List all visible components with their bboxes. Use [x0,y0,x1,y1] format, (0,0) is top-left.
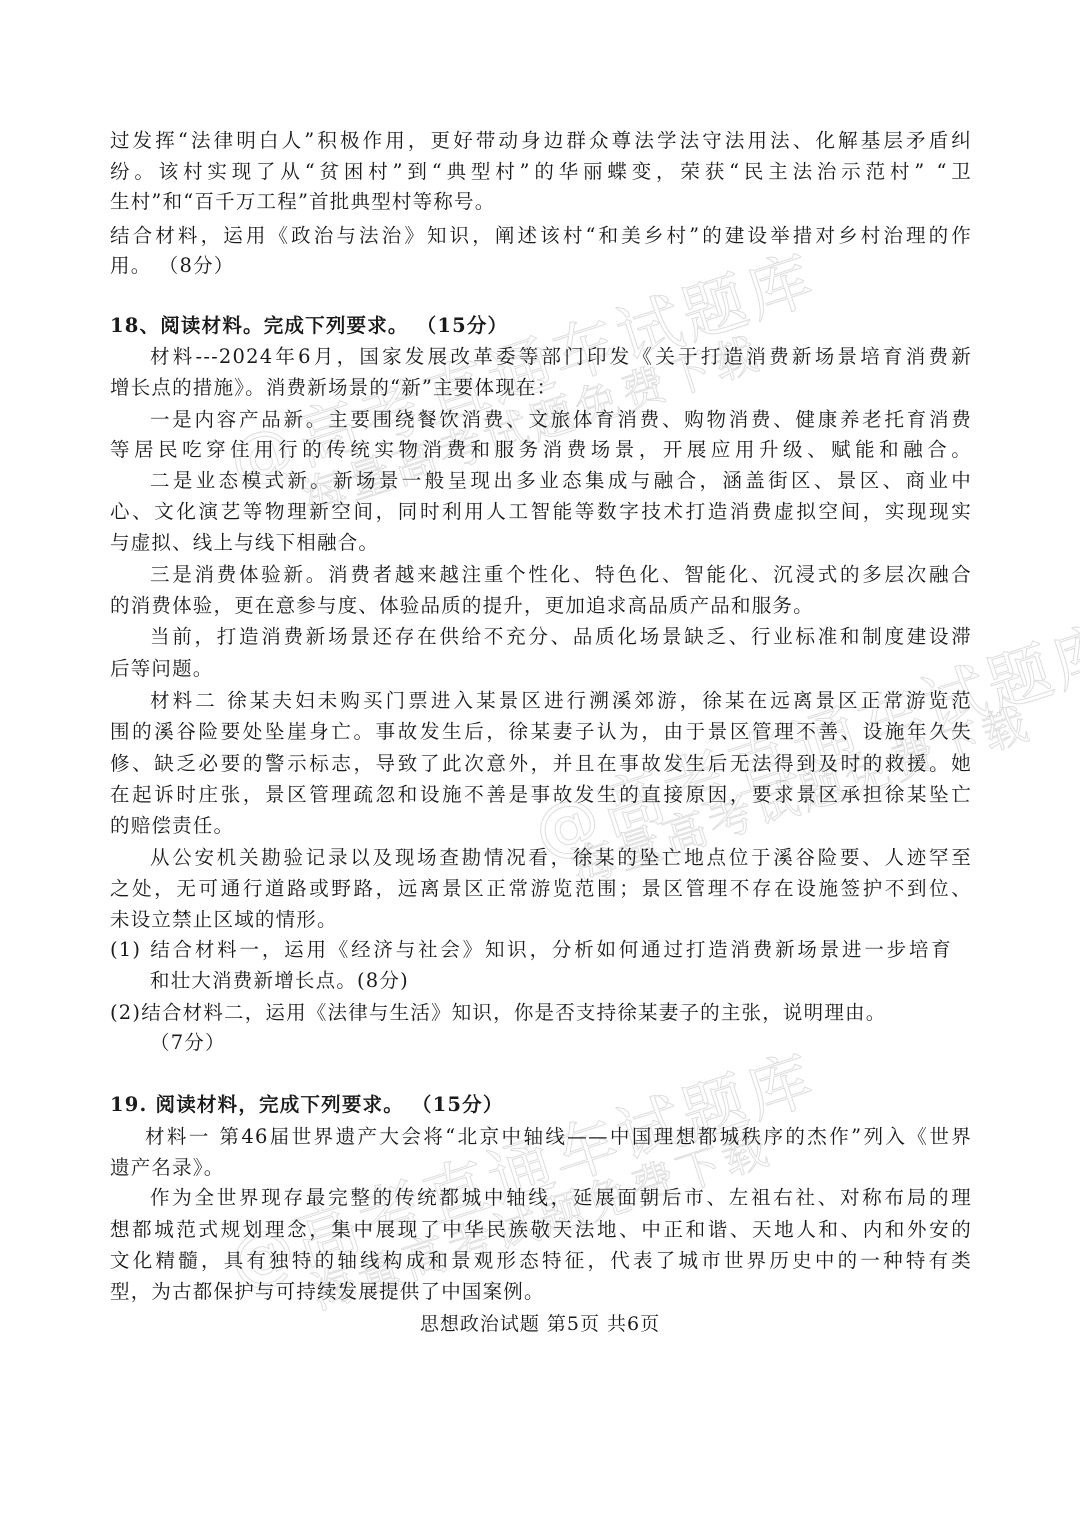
paragraph-line: 纷。该村实现了从“贫困村”到“典型村”的华丽蝶变，荣获“民主法治示范村” “卫 [110,157,972,187]
material-line: 材料二 徐某夫妇未购买门票进入某景区进行溯溪郊游，徐某在远离景区正常游览范 [150,686,972,716]
sub-question-2-cont: （7分） [150,1028,1012,1058]
material-line: 等居民吃穿住用行的传统实物消费和服务消费场景，开展应用升级、赋能和融合。 [110,435,972,465]
question-19-header: 19. 阅读材料，完成下列要求。 （15分） [110,1090,972,1120]
question-18-header: 18、阅读材料。完成下列要求。 （15分） [110,311,972,341]
material-line: 材料一 第46届世界遗产大会将“北京中轴线——中国理想都城秩序的杰作”列入《世界 [145,1122,972,1152]
material-line: 之处，无可通行道路或野路，远离景区正常游览范围；景区管理不存在设施签护不到位、 [110,874,972,904]
paragraph-line: 生村”和“百千万工程”首批典型村等称号。 [110,187,972,217]
material-line: 的消费体验，更在意参与度、体验品质的提升，更加追求高品质产品和服务。 [110,591,972,621]
material-line: 后等问题。 [110,654,972,684]
sub-question-1: (1) 结合材料一，运用《经济与社会》知识，分析如何通过打造消费新场景进一步培育 [110,935,952,965]
material-line: 遗产名录》。 [110,1153,972,1183]
material-line: 三是消费体验新。消费者越来越注重个性化、特色化、智能化、沉浸式的多层次融合 [150,560,972,590]
material-line: 想都城范式规划理念，集中展现了中华民族敬天法地、中正和谐、天地人和、内和外安的 [110,1215,972,1245]
material-line: 型，为古都保护与可持续发展提供了中国案例。 [110,1277,972,1307]
question-prompt: 结合材料，运用《政治与法治》知识，阐述该村“和美乡村”的建设举措对乡村治理的作 [110,221,972,251]
sub-question-2: (2)结合材料二，运用《法律与生活》知识，你是否支持徐某妻子的主张，说明理由。 [110,998,972,1028]
material-line: 一是内容产品新。主要围绕餐饮消费、文旅体育消费、购物消费、健康养老托育消费 [150,405,972,435]
paragraph-line: 过发挥“法律明白人”积极作用，更好带动身边群众尊法学法守法用法、化解基层矛盾纠 [110,126,972,156]
material-line: 从公安机关勘验记录以及现场查勘情况看，徐某的坠亡地点位于溪谷险要、人迹罕至 [150,843,972,873]
question-prompt: 用。 （8分） [110,251,972,281]
sub-question-1-cont: 和壮大消费新增长点。(8分) [150,966,1012,996]
material-line: 的赔偿责任。 [110,811,972,841]
material-line: 材料---2024年6月，国家发展改革委等部门印发《关于打造消费新场景培育消费新 [150,342,972,372]
material-line: 文化精髓，具有独特的轴线构成和景观形态特征，代表了城市世界历史中的一种特有类 [110,1246,972,1276]
material-line: 在起诉时庄张，景区管理疏忽和设施不善是事故发生的直接原因，要求景区承担徐某坠亡 [110,780,972,810]
material-line: 与虚拟、线上与线下相融合。 [110,528,972,558]
material-line: 心、文化演艺等物理新空间，同时利用人工智能等数字技术打造消费虚拟空间，实现现实 [110,497,972,527]
material-line: 当前，打造消费新场景还存在供给不充分、品质化场景缺乏、行业标准和制度建设滞 [150,622,972,652]
material-line: 围的溪谷险要处坠崖身亡。事故发生后，徐某妻子认为，由于景区管理不善、设施年久失 [110,717,972,747]
material-line: 修、缺乏必要的警示标志，导致了此次意外，并且在事故发生后无法得到及时的救援。她 [110,749,972,779]
material-line: 未设立禁止区域的情形。 [110,905,972,935]
material-line: 增长点的措施》。消费新场景的“新”主要体现在： [110,373,972,403]
page-footer: 思想政治试题 第5页 共6页 [0,1309,1080,1336]
material-line: 二是业态模式新。新场景一般呈现出多业态集成与融合，涵盖街区、景区、商业中 [150,466,972,496]
material-line: 作为全世界现存最完整的传统都城中轴线，延展面朝后市、左祖右社、对称布局的理 [150,1183,972,1213]
